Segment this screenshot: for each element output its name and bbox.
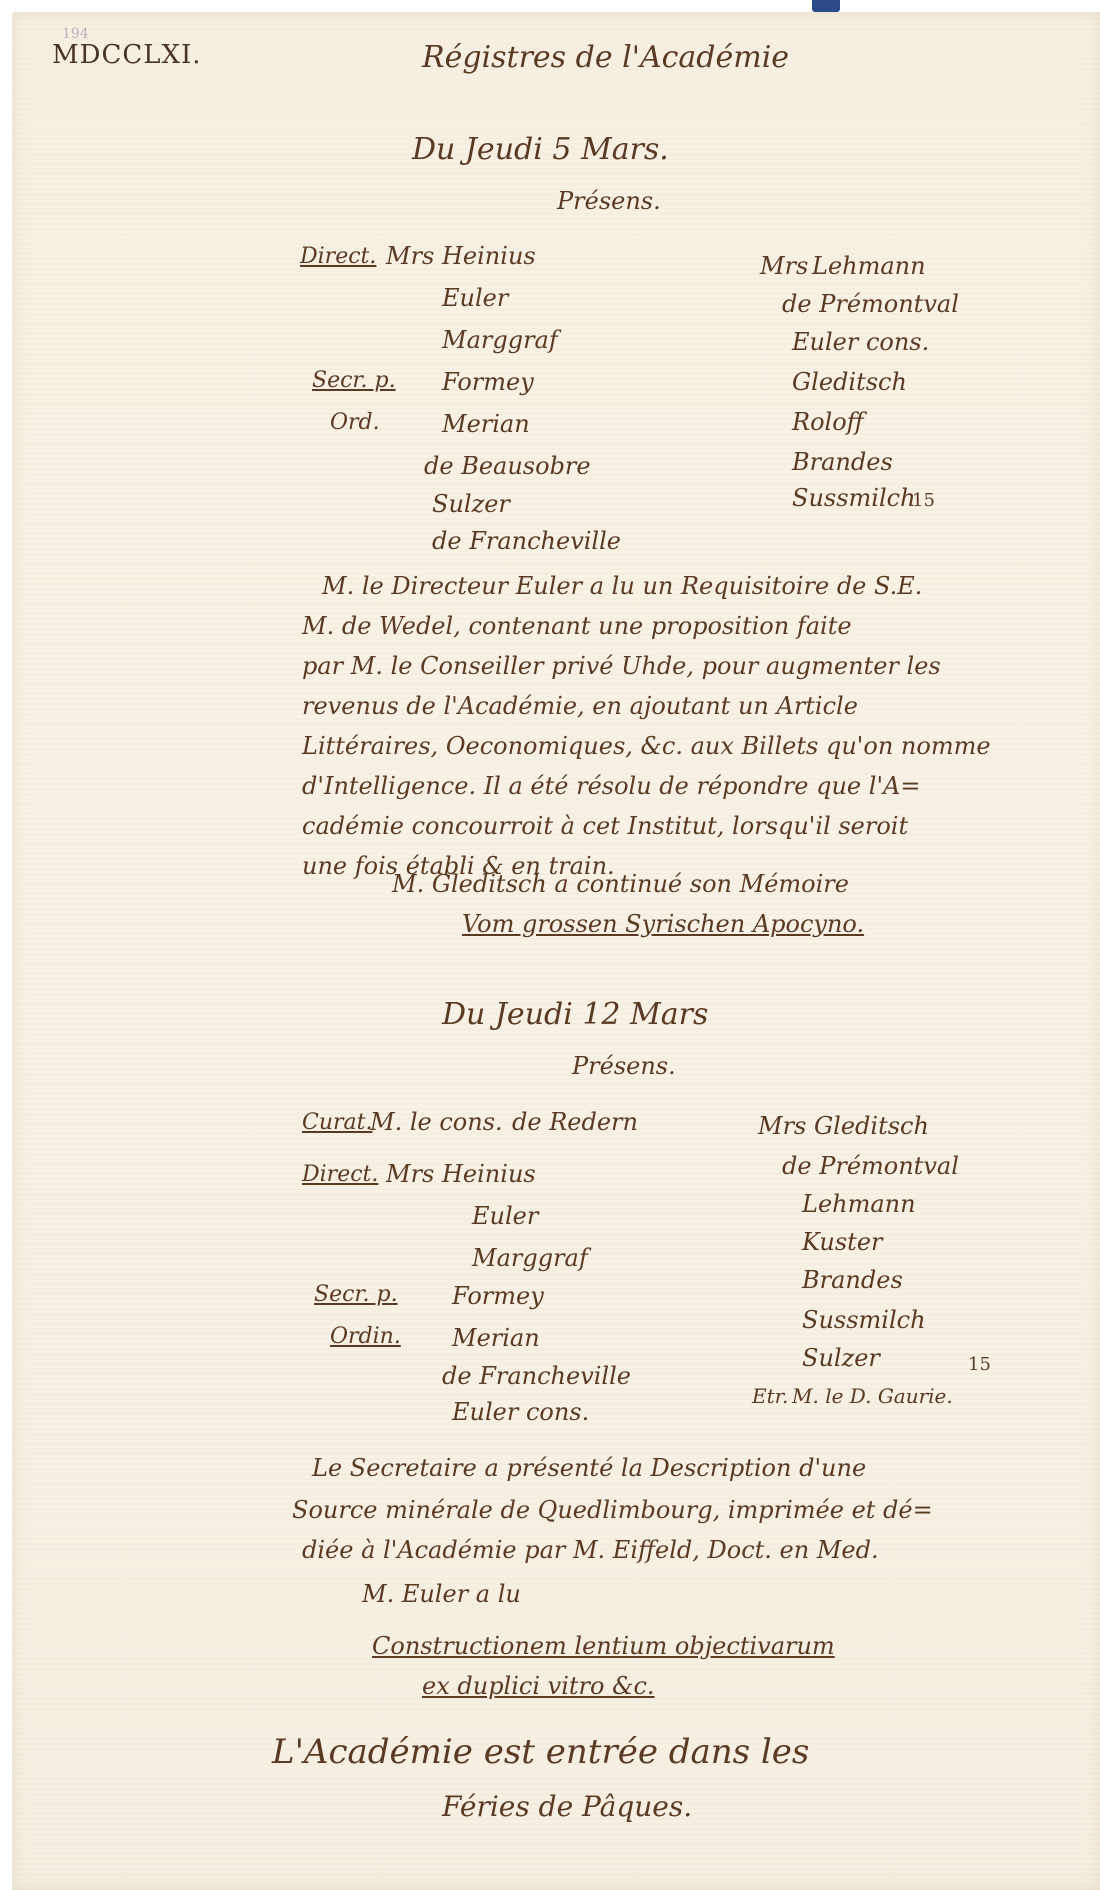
attendee-name: Lehmann	[812, 252, 926, 280]
attendee-name: Euler cons.	[792, 328, 929, 356]
minutes-line: diée à l'Académie par M. Eiffeld, Doct. …	[302, 1536, 879, 1564]
role-label: Direct.	[300, 244, 376, 269]
attendee-name: Formey	[452, 1282, 544, 1310]
attendee-name: Formey	[442, 368, 534, 396]
minutes-line: M. le Directeur Euler a lu un Requisitoi…	[322, 572, 922, 600]
minutes-line: par M. le Conseiller privé Uhde, pour au…	[302, 652, 941, 680]
attendee-name: Sulzer	[802, 1344, 880, 1372]
attendee-name: Sulzer	[432, 490, 510, 518]
minutes-line: Source minérale de Quedlimbourg, imprimé…	[292, 1496, 933, 1524]
attendee-name: de Redern	[512, 1108, 638, 1136]
role-label: Secr. p.	[314, 1282, 398, 1307]
memoir-title: ex duplici vitro &c.	[422, 1672, 655, 1700]
attendee-name: de Prémontval	[782, 290, 959, 318]
attendee-prefix: Mrs	[758, 1112, 806, 1140]
meeting-1-date: Du Jeudi 5 Mars.	[412, 132, 669, 167]
attendee-name: Lehmann	[802, 1190, 916, 1218]
attendee-name: Gleditsch	[792, 368, 907, 396]
attendee-name: Euler	[442, 284, 508, 312]
minutes-line: Le Secretaire a présenté la Description …	[312, 1454, 866, 1482]
attendee-prefix: Mrs	[386, 1160, 434, 1188]
minutes-line: M. de Wedel, contenant une proposition f…	[302, 612, 852, 640]
role-label: Ordin.	[330, 1324, 401, 1349]
minutes-line: M. Euler a lu	[362, 1580, 521, 1608]
attendee-name: Sussmilch	[802, 1306, 926, 1334]
meeting-1-presens: Présens.	[557, 187, 661, 215]
attendee-prefix: Mrs	[386, 242, 434, 270]
attendee-prefix: Mrs	[760, 252, 808, 280]
attendee-name: Kuster	[802, 1228, 883, 1256]
archive-tab-marker	[812, 0, 840, 12]
attendee-name: Brandes	[792, 448, 893, 476]
closing-line: Féries de Pâques.	[442, 1790, 692, 1823]
attendee-prefix: M. le cons.	[370, 1108, 503, 1136]
minutes-line: cadémie concourroit à cet Institut, lors…	[302, 812, 908, 840]
attendee-name: Sussmilch	[792, 484, 916, 512]
meeting-2-presens: Présens.	[572, 1052, 676, 1080]
attendee-name: Heinius	[442, 242, 536, 270]
page-title: Régistres de l'Académie	[422, 40, 789, 75]
meeting-2-date: Du Jeudi 12 Mars	[442, 997, 708, 1032]
year-margin: MDCCLXI.	[52, 40, 202, 70]
attendee-name: de Prémontval	[782, 1152, 959, 1180]
attendee-name: Euler	[472, 1202, 538, 1230]
attendee-name: Brandes	[802, 1266, 903, 1294]
attendee-name: Euler cons.	[452, 1398, 589, 1426]
attendee-name: de Francheville	[432, 527, 621, 555]
attendee-name: Marggraf	[472, 1244, 588, 1272]
memoir-title: Vom grossen Syrischen Apocyno.	[462, 910, 864, 938]
attendee-name: de Beausobre	[424, 452, 591, 480]
role-label: Direct.	[302, 1162, 378, 1187]
attendee-name: Gleditsch	[814, 1112, 929, 1140]
manuscript-page: 194 MDCCLXI. Régistres de l'Académie Du …	[12, 12, 1100, 1890]
attendee-name: Merian	[442, 410, 530, 438]
attendee-name: Heinius	[442, 1160, 536, 1188]
attendee-name: M. le D. Gaurie.	[792, 1384, 953, 1408]
role-label: Secr. p.	[312, 368, 396, 393]
minutes-line: Littéraires, Oeconomiques, &c. aux Bille…	[302, 732, 991, 760]
minutes-line: d'Intelligence. Il a été résolu de répon…	[302, 772, 920, 800]
attendee-name: Marggraf	[442, 326, 558, 354]
attendee-prefix: Etr.	[752, 1384, 788, 1408]
closing-line: L'Académie est entrée dans les	[272, 1732, 809, 1772]
role-label: Curat.	[302, 1110, 372, 1135]
minutes-line: M. Gleditsch a continué son Mémoire	[392, 870, 849, 898]
attendee-name: de Francheville	[442, 1362, 631, 1390]
minutes-line: revenus de l'Académie, en ajoutant un Ar…	[302, 692, 858, 720]
attendee-name: Roloff	[792, 408, 864, 436]
role-label: Ord.	[330, 410, 380, 435]
attendee-count: 15	[912, 490, 935, 511]
attendee-count: 15	[968, 1354, 991, 1375]
attendee-name: Merian	[452, 1324, 540, 1352]
memoir-title: Constructionem lentium objectivarum	[372, 1632, 835, 1660]
